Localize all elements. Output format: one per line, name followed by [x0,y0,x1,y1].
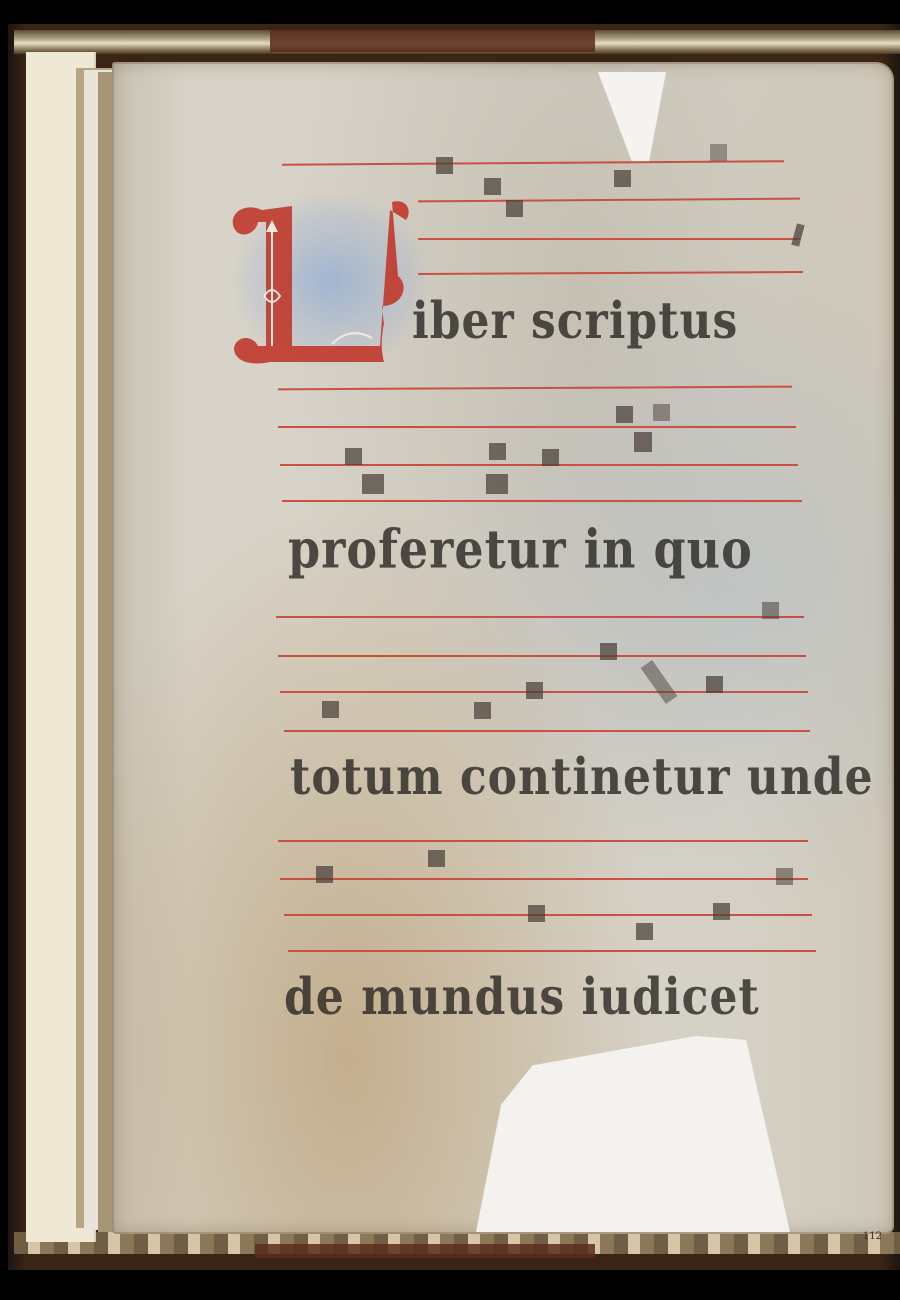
leather-strap-bottom [255,1244,595,1258]
chant-text-line-2: proferetur in quo [288,518,753,580]
chant-text-line-4: de mundus iudicet [284,968,760,1027]
illuminated-initial-l [222,196,412,368]
folio-number: 112 [863,1231,882,1242]
chant-text-line-3: totum continetur unde [290,748,874,807]
chant-text-line-1: iber scriptus [412,292,738,351]
leather-strap-top [270,30,595,52]
